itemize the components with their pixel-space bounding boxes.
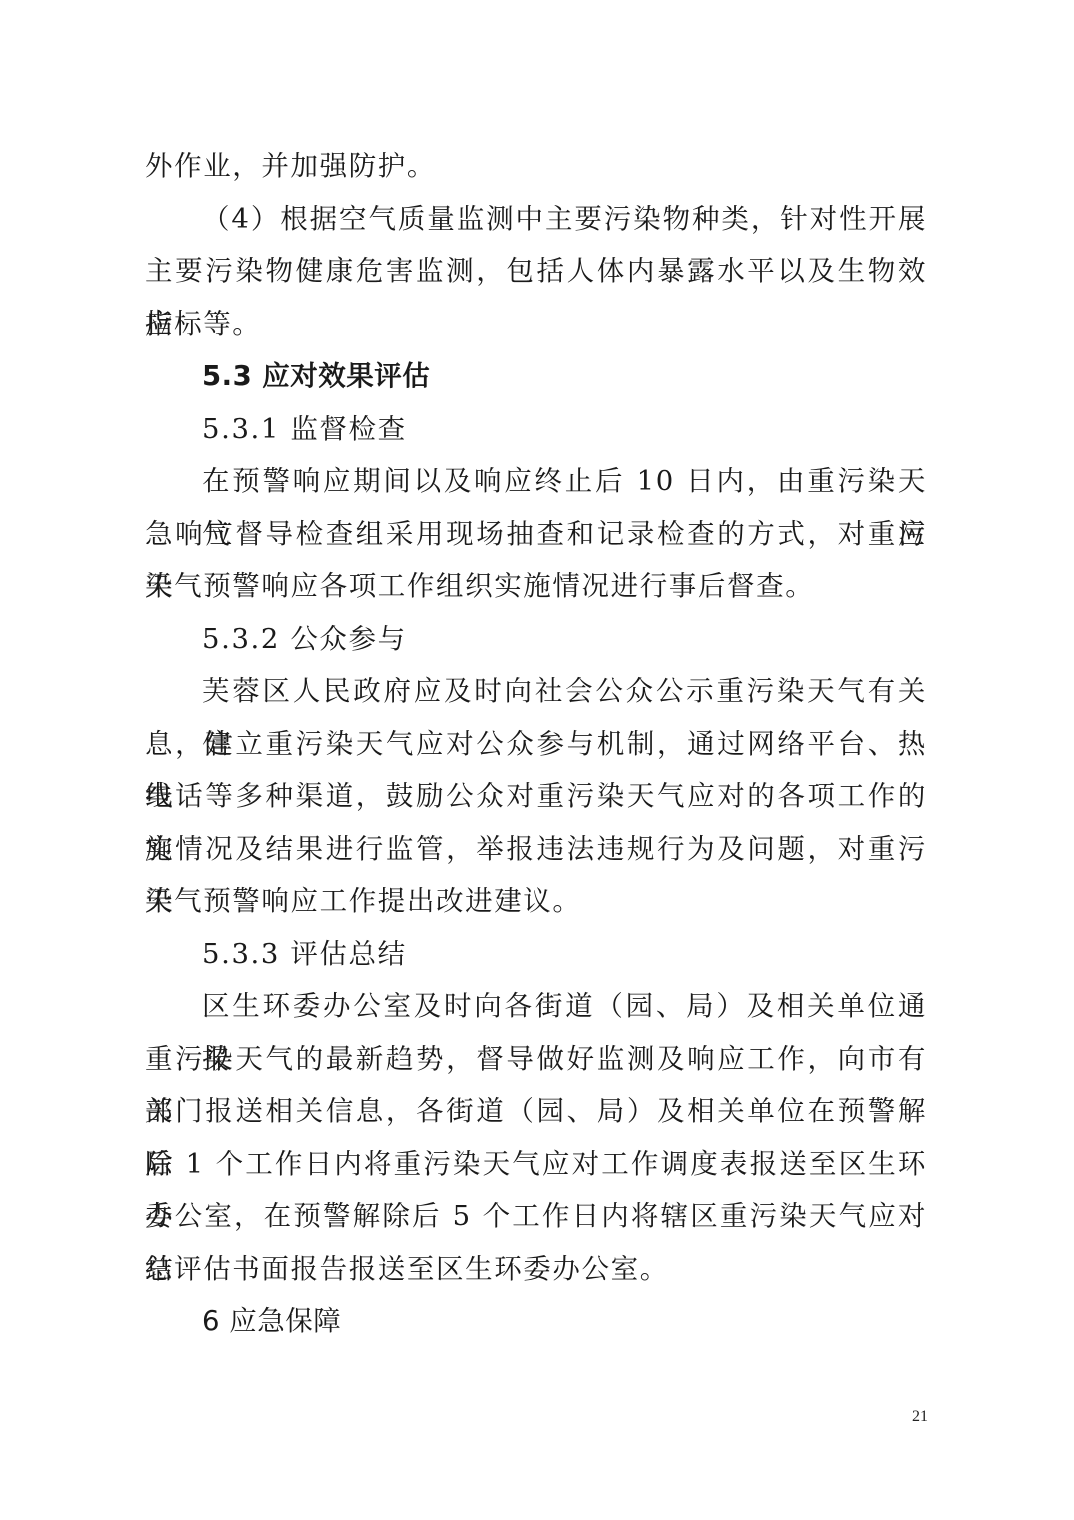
text-line: 天气预警响应各项工作组织实施情况进行事后督查。 (145, 560, 927, 613)
text-line: 施情况及结果进行监管，举报违法违规行为及问题，对重污染 (145, 823, 927, 876)
text-line: 电话等多种渠道，鼓励公众对重污染天气应对的各项工作的实 (145, 770, 927, 823)
text-line: 天气预警响应工作提出改进建议。 (145, 875, 927, 928)
document-page: 外作业，并加强防护。 （4）根据空气质量监测中主要污染物种类，针对性开展 主要污… (145, 140, 927, 1348)
text-line: 指标等。 (145, 298, 927, 351)
text-line: 主要污染物健康危害监测，包括人体内暴露水平以及生物效应 (145, 245, 927, 298)
section-heading-5-3: 5.3 应对效果评估 (145, 350, 927, 403)
section-heading-6: 6 应急保障 (145, 1295, 927, 1348)
subsection-heading-5-3-2: 5.3.2 公众参与 (145, 613, 927, 666)
paragraph-item-4-start: （4）根据空气质量监测中主要污染物种类，针对性开展 (145, 193, 927, 246)
text-line: 外作业，并加强防护。 (145, 140, 927, 193)
text-line: 结评估书面报告报送至区生环委办公室。 (145, 1243, 927, 1296)
text-line: 急响应督导检查组采用现场抽查和记录检查的方式，对重污染 (145, 508, 927, 561)
text-line: 重污染天气的最新趋势，督导做好监测及响应工作，向市有关 (145, 1033, 927, 1086)
text-line: 部门报送相关信息，各街道（园、局）及相关单位在预警解除 (145, 1085, 927, 1138)
paragraph-start: 区生环委办公室及时向各街道（园、局）及相关单位通报 (145, 980, 927, 1033)
text-line: 后 1 个工作日内将重污染天气应对工作调度表报送至区生环委 (145, 1138, 927, 1191)
subsection-heading-5-3-3: 5.3.3 评估总结 (145, 928, 927, 981)
text-line: 息，建立重污染天气应对公众参与机制，通过网络平台、热线 (145, 718, 927, 771)
subsection-heading-5-3-1: 5.3.1 监督检查 (145, 403, 927, 456)
paragraph-start: 在预警响应期间以及响应终止后 10 日内，由重污染天气应 (145, 455, 927, 508)
paragraph-start: 芙蓉区人民政府应及时向社会公众公示重污染天气有关信 (145, 665, 927, 718)
text-line: 办公室，在预警解除后 5 个工作日内将辖区重污染天气应对总 (145, 1190, 927, 1243)
page-number: 21 (912, 1408, 928, 1426)
